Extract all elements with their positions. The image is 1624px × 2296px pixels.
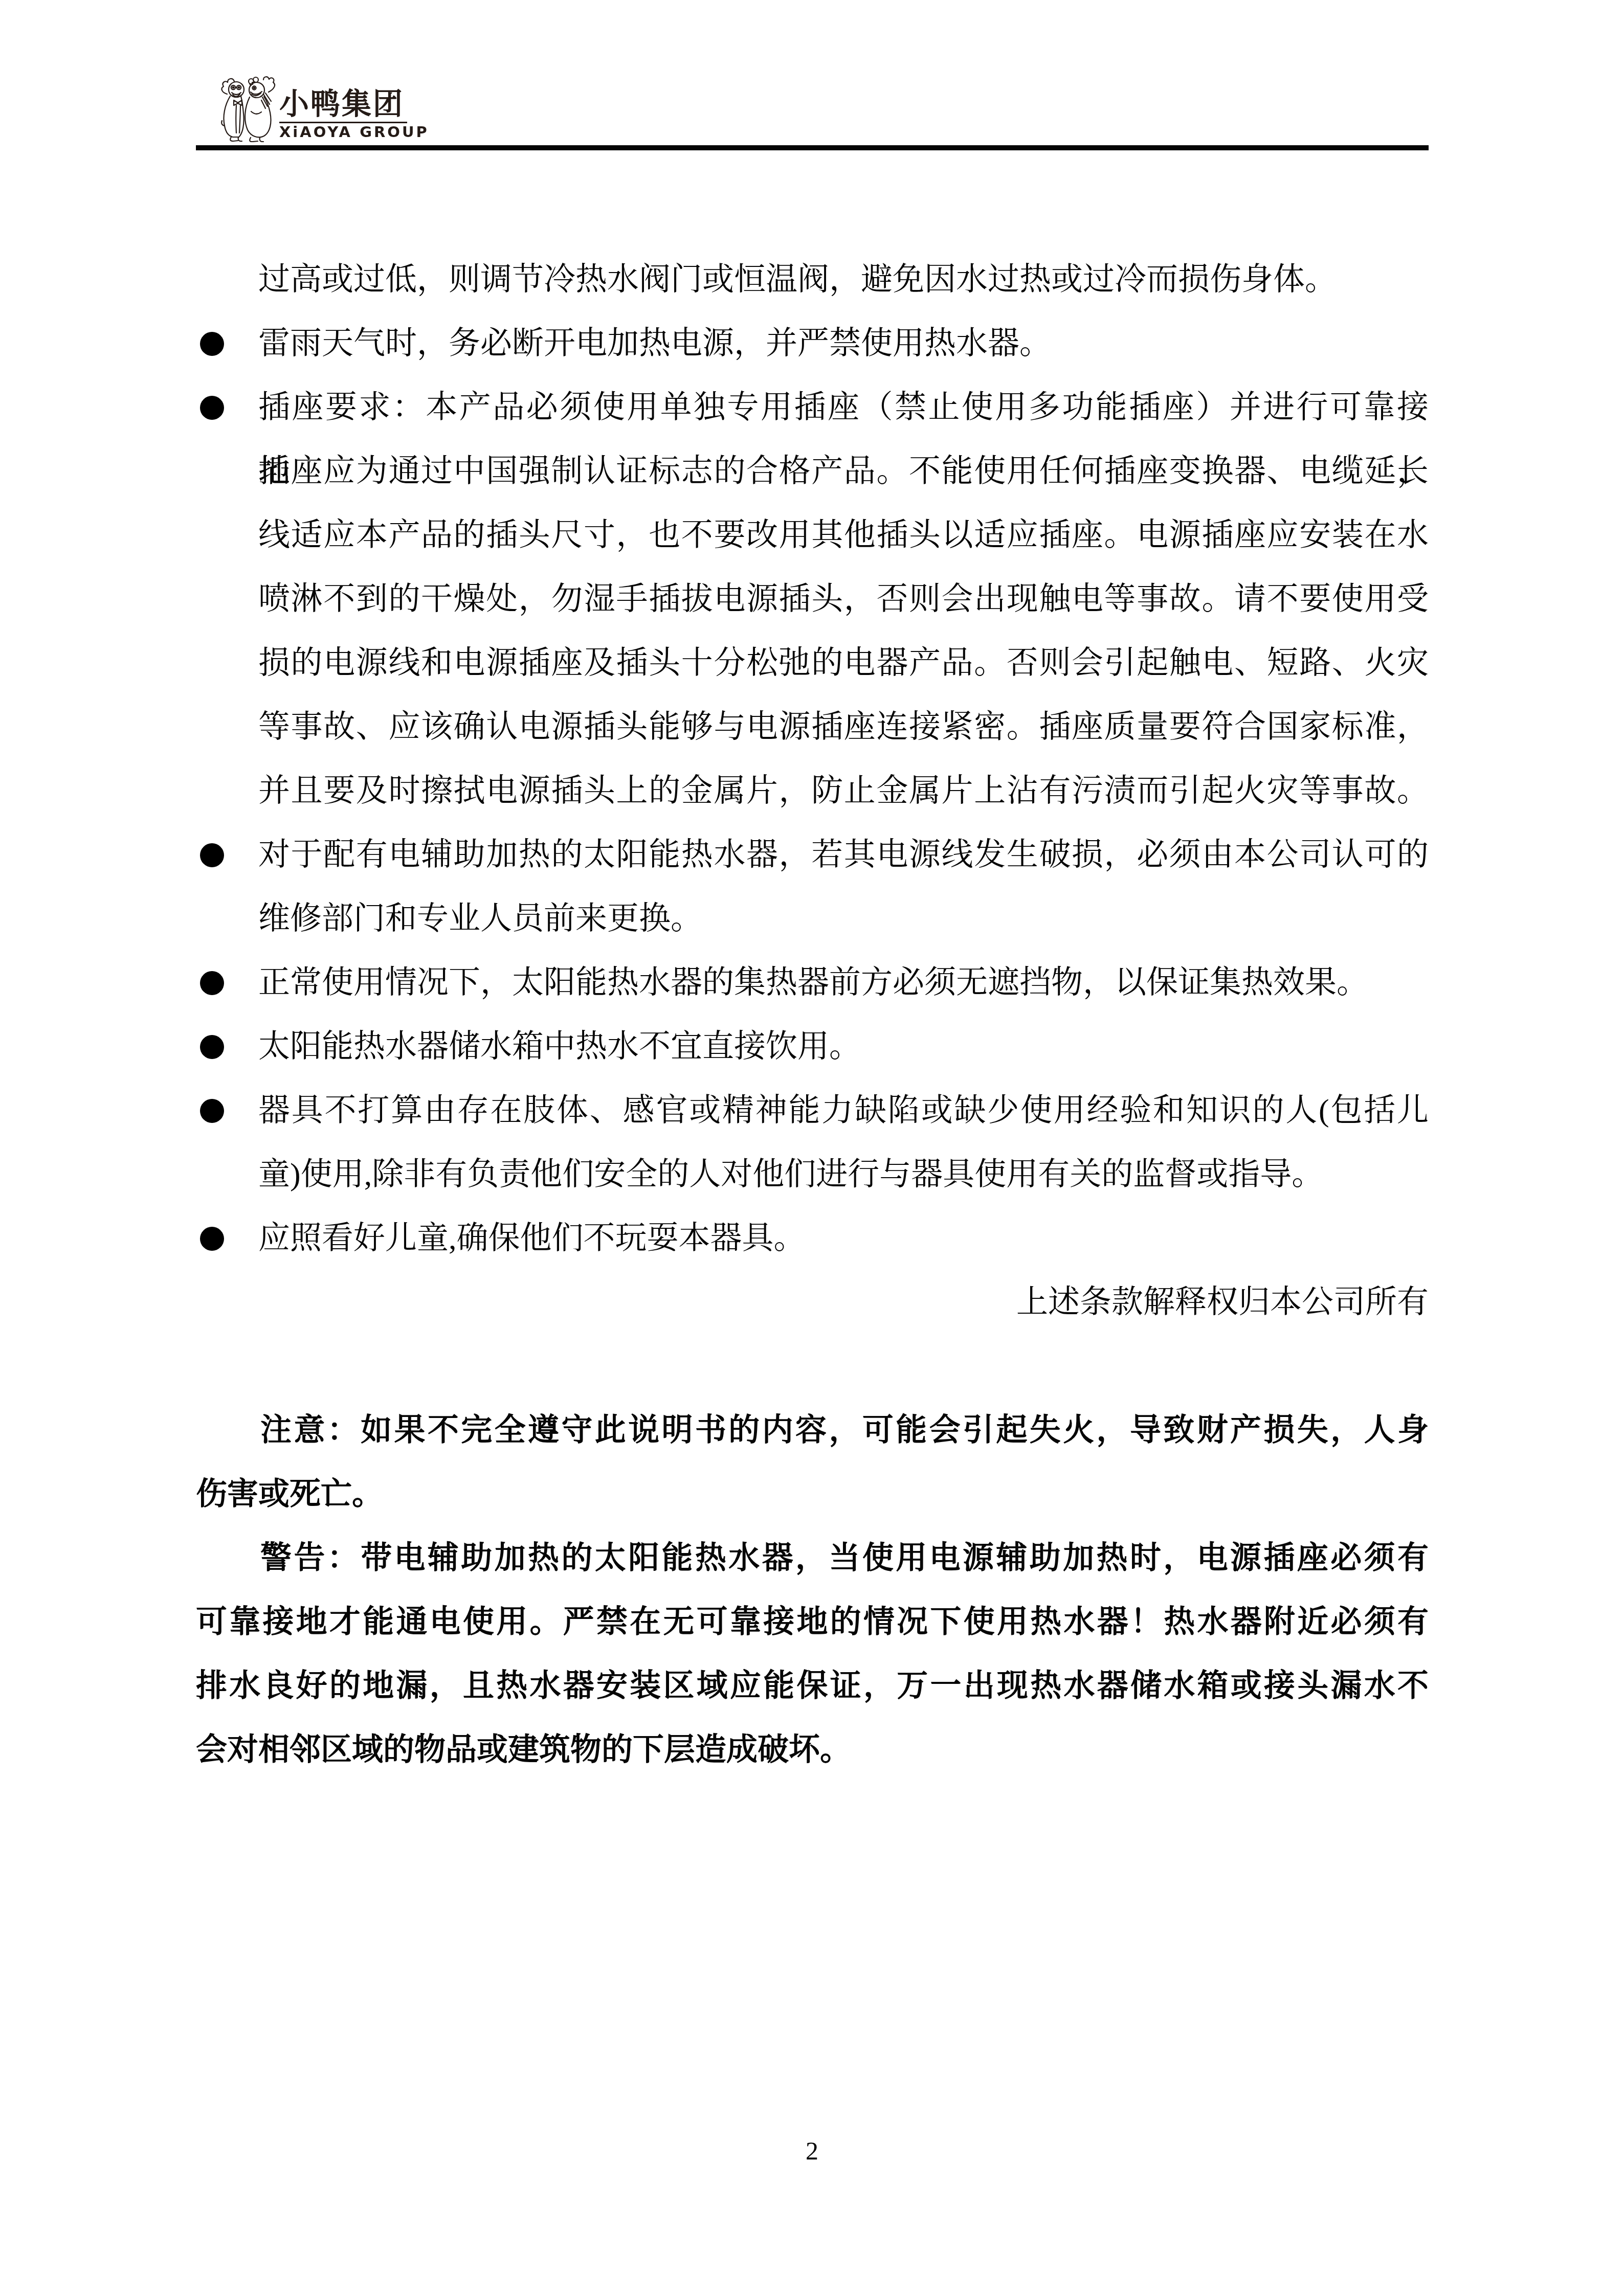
bullet-item: 正常使用情况下，太阳能热水器的集热器前方必须无遮挡物，以保证集热效果。 bbox=[196, 951, 1429, 1015]
body-line: 童)使用,除非有负责他们安全的人对他们进行与器具使用有关的监督或指导。 bbox=[196, 1143, 1429, 1207]
bullet-item: 应照看好儿童,确保他们不玩耍本器具。 bbox=[196, 1207, 1429, 1271]
body-line: 等事故、应该确认电源插头能够与电源插座连接紧密。插座质量要符合国家标准， bbox=[196, 695, 1429, 759]
bullet-item: 对于配有电辅助加热的太阳能热水器，若其电源线发生破损，必须由本公司认可的 bbox=[196, 823, 1429, 887]
header-rule bbox=[196, 145, 1429, 150]
blank-line bbox=[196, 1335, 1429, 1399]
body-line: 线适应本产品的插头尺寸，也不要改用其他插头以适应插座。电源插座应安装在水 bbox=[196, 504, 1429, 568]
bullet-icon bbox=[200, 1099, 224, 1123]
page-number: 2 bbox=[0, 2135, 1624, 2166]
body-line: 过高或过低，则调节冷热水阀门或恒温阀，避免因水过热或过冷而损伤身体。 bbox=[196, 248, 1429, 312]
bullet-icon bbox=[200, 332, 224, 356]
bullet-icon bbox=[200, 1227, 224, 1251]
xiaoya-ducks-logo-icon bbox=[218, 76, 279, 142]
bullet-item: 太阳能热水器储水箱中热水不宜直接饮用。 bbox=[196, 1015, 1429, 1079]
bullet-icon bbox=[200, 971, 224, 995]
notice-paragraph-line: 注意：如果不完全遵守此说明书的内容，可能会引起失火，导致财产损失，人身 bbox=[196, 1399, 1429, 1462]
body-line: 插座应为通过中国强制认证标志的合格产品。不能使用任何插座变换器、电缆延长 bbox=[196, 440, 1429, 504]
bullet-item: 雷雨天气时，务必断开电加热电源，并严禁使用热水器。 bbox=[196, 312, 1429, 376]
bullet-text: 对于配有电辅助加热的太阳能热水器，若其电源线发生破损，必须由本公司认可的 bbox=[258, 838, 1429, 872]
bullet-item: 器具不打算由存在肢体、感官或精神能力缺陷或缺少使用经验和知识的人(包括儿 bbox=[196, 1079, 1429, 1143]
brand-name-cn: 小鸭集团 bbox=[279, 89, 404, 119]
warning-paragraph-line: 警告：带电辅助加热的太阳能热水器，当使用电源辅助加热时，电源插座必须有 bbox=[196, 1526, 1429, 1590]
body-line: 损的电源线和电源插座及插头十分松弛的电器产品。否则会引起触电、短路、火灾 bbox=[196, 632, 1429, 695]
warning-paragraph-line: 可靠接地才能通电使用。严禁在无可靠接地的情况下使用热水器！热水器附近必须有 bbox=[196, 1590, 1429, 1654]
bullet-icon bbox=[200, 843, 224, 867]
notice-paragraph-line: 伤害或死亡。 bbox=[196, 1462, 1429, 1526]
warning-paragraph-line: 排水良好的地漏，且热水器安装区域应能保证，万一出现热水器储水箱或接头漏水不 bbox=[196, 1654, 1429, 1718]
body-line: 并且要及时擦拭电源插头上的金属片，防止金属片上沾有污渍而引起火灾等事故。 bbox=[196, 759, 1429, 823]
body-line: 维修部门和专业人员前来更换。 bbox=[196, 887, 1429, 951]
brand-name-en: XiAOYA GROUP bbox=[279, 125, 429, 140]
bullet-text: 太阳能热水器储水箱中热水不宜直接饮用。 bbox=[258, 1029, 861, 1064]
brand-logo: 小鸭集团 XiAOYA GROUP bbox=[218, 76, 536, 152]
bullet-text: 器具不打算由存在肢体、感官或精神能力缺陷或缺少使用经验和知识的人(包括儿 bbox=[258, 1093, 1429, 1128]
bullet-text: 雷雨天气时，务必断开电加热电源，并严禁使用热水器。 bbox=[258, 326, 1051, 361]
body-text: 过高或过低，则调节冷热水阀门或恒温阀，避免因水过热或过冷而损伤身体。 雷雨天气时… bbox=[196, 248, 1429, 1782]
manual-page: 小鸭集团 XiAOYA GROUP 过高或过低，则调节冷热水阀门或恒温阀，避免因… bbox=[0, 0, 1624, 2296]
rights-note: 上述条款解释权归本公司所有 bbox=[196, 1271, 1429, 1335]
bullet-icon bbox=[200, 396, 224, 420]
warning-paragraph-line: 会对相邻区域的物品或建筑物的下层造成破坏。 bbox=[196, 1718, 1429, 1782]
bullet-text: 应照看好儿童,确保他们不玩耍本器具。 bbox=[258, 1221, 806, 1256]
bullet-item: 插座要求：本产品必须使用单独专用插座（禁止使用多功能插座）并进行可靠接地， bbox=[196, 376, 1429, 440]
bullet-text: 正常使用情况下，太阳能热水器的集热器前方必须无遮挡物，以保证集热效果。 bbox=[258, 965, 1368, 1000]
body-line: 喷淋不到的干燥处，勿湿手插拔电源插头，否则会出现触电等事故。请不要使用受 bbox=[196, 568, 1429, 632]
bullet-icon bbox=[200, 1035, 224, 1059]
